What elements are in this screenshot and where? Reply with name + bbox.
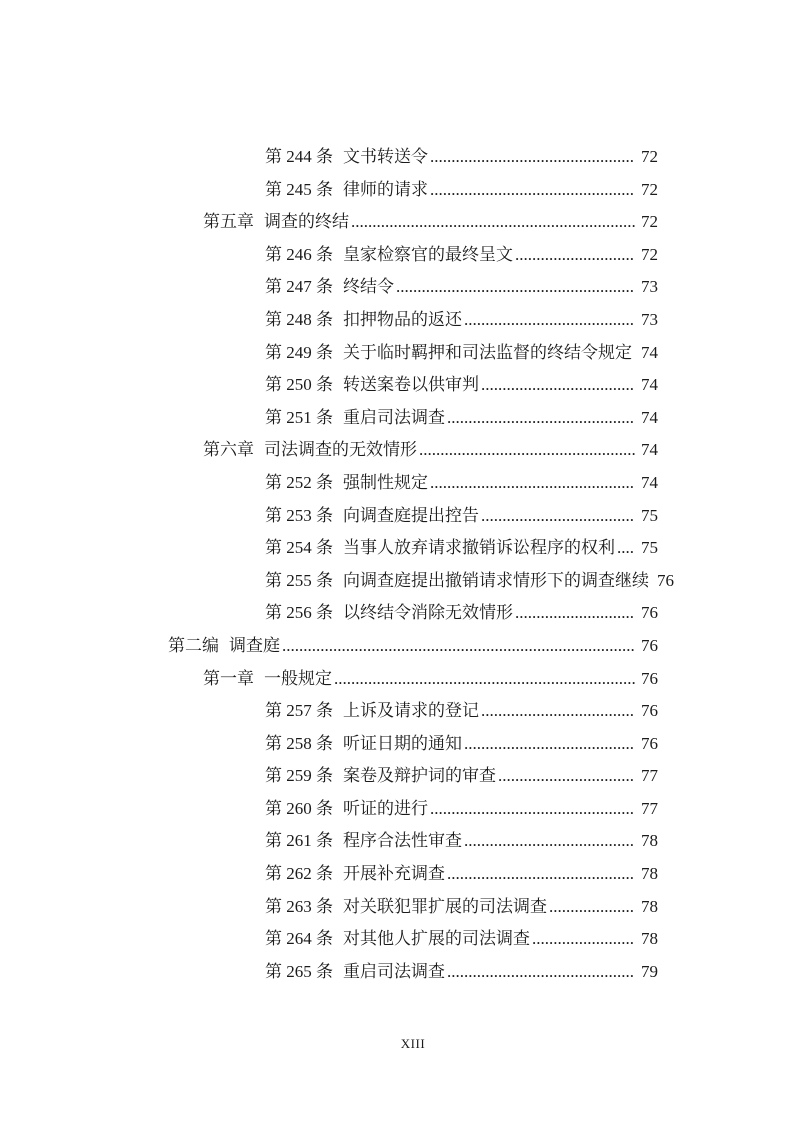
dot-leader <box>447 858 635 891</box>
toc-entry-title: 对关联犯罪扩展的司法调查 <box>343 891 547 924</box>
toc-entry-number: 第二编 <box>168 630 219 663</box>
toc-entry-number: 第 265 条 <box>265 956 333 989</box>
toc-entry-title: 上诉及请求的登记 <box>343 695 479 728</box>
toc-entry-number: 第 261 条 <box>265 825 333 858</box>
dot-leader <box>464 304 635 337</box>
dot-leader <box>447 956 635 989</box>
dot-leader <box>481 369 635 402</box>
toc-entry-number: 第一章 <box>203 663 254 696</box>
toc-entry-page: 72 <box>640 141 658 174</box>
toc-entry-title: 重启司法调查 <box>343 956 445 989</box>
toc-entry-number: 第 255 条 <box>265 565 333 598</box>
toc-entry-number: 第五章 <box>203 206 254 239</box>
dot-leader <box>464 825 635 858</box>
dot-leader <box>430 141 635 174</box>
toc-entry-page: 76 <box>640 597 658 630</box>
toc-entry: 第一章 一般规定 76 <box>168 663 658 696</box>
dot-leader <box>430 174 635 207</box>
document-page: { "page": { "footer_page_number": "XIII"… <box>0 0 793 1122</box>
dot-leader <box>515 597 635 630</box>
toc-entry-page: 72 <box>640 206 658 239</box>
toc-entry-title: 向调查庭提出撤销请求情形下的调查继续 <box>343 565 649 598</box>
toc-entry-title: 以终结令消除无效情形 <box>343 597 513 630</box>
toc-entry-title: 转送案卷以供审判 <box>343 369 479 402</box>
toc-entry-number: 第 247 条 <box>265 271 333 304</box>
toc-entry-number: 第 252 条 <box>265 467 333 500</box>
toc-entry: 第 255 条 向调查庭提出撤销请求情形下的调查继续 76 <box>168 565 658 598</box>
page-background: 第 244 条 文书转送令 72 第 245 条 律师的请求 72 第五章 调查… <box>0 0 793 1122</box>
toc-entry-title: 案卷及辩护词的审查 <box>343 760 496 793</box>
toc-entry: 第六章 司法调查的无效情形 74 <box>168 434 658 467</box>
toc-entry: 第 262 条 开展补充调查 78 <box>168 858 658 891</box>
dot-leader <box>334 663 635 696</box>
toc-entry: 第 258 条 听证日期的通知 76 <box>168 728 658 761</box>
toc-entry: 第 251 条 重启司法调查 74 <box>168 402 658 435</box>
toc-entry-title: 一般规定 <box>264 663 332 696</box>
toc-entry-number: 第六章 <box>203 434 254 467</box>
toc-entry: 第 250 条 转送案卷以供审判 74 <box>168 369 658 402</box>
toc-entry: 第 256 条 以终结令消除无效情形 76 <box>168 597 658 630</box>
toc-entry-number: 第 254 条 <box>265 532 333 565</box>
toc-entry: 第 265 条 重启司法调查 79 <box>168 956 658 989</box>
toc-entry-title: 重启司法调查 <box>343 402 445 435</box>
toc-entry-number: 第 256 条 <box>265 597 333 630</box>
toc-entry-page: 74 <box>640 434 658 467</box>
toc-entry-number: 第 246 条 <box>265 239 333 272</box>
dot-leader <box>464 728 635 761</box>
dot-leader <box>447 402 635 435</box>
toc-entry-page: 74 <box>640 337 658 370</box>
toc-entry-page: 72 <box>640 239 658 272</box>
toc-entry-number: 第 245 条 <box>265 174 333 207</box>
toc-entry-page: 74 <box>640 369 658 402</box>
toc-entry-title: 关于临时羁押和司法监督的终结令规定 <box>343 337 632 370</box>
dot-leader <box>498 760 635 793</box>
toc-entry: 第 247 条 终结令 73 <box>168 271 658 304</box>
toc-entry-number: 第 250 条 <box>265 369 333 402</box>
toc-entry-page: 72 <box>640 174 658 207</box>
toc-entry-page: 75 <box>640 532 658 565</box>
toc-entry: 第 246 条 皇家检察官的最终呈文 72 <box>168 239 658 272</box>
dot-leader <box>481 500 635 533</box>
toc-entry-number: 第 248 条 <box>265 304 333 337</box>
toc-entry: 第 252 条 强制性规定 74 <box>168 467 658 500</box>
toc-entry: 第 253 条 向调查庭提出控告 75 <box>168 500 658 533</box>
toc-entry: 第 263 条 对关联犯罪扩展的司法调查 78 <box>168 891 658 924</box>
toc-entry-page: 77 <box>640 793 658 826</box>
toc-entry: 第 244 条 文书转送令 72 <box>168 141 658 174</box>
toc-entry: 第 261 条 程序合法性审查 78 <box>168 825 658 858</box>
toc-entry: 第 249 条 关于临时羁押和司法监督的终结令规定 74 <box>168 337 658 370</box>
toc-entry-page: 76 <box>640 695 658 728</box>
toc-entry-title: 文书转送令 <box>343 141 428 174</box>
toc-entry-title: 扣押物品的返还 <box>343 304 462 337</box>
toc-entry-page: 78 <box>640 858 658 891</box>
toc-entry-number: 第 244 条 <box>265 141 333 174</box>
toc-entry: 第二编 调查庭 76 <box>168 630 658 663</box>
toc-entry-page: 79 <box>640 956 658 989</box>
toc-entry-title: 司法调查的无效情形 <box>264 434 417 467</box>
toc-entry-page: 76 <box>640 728 658 761</box>
dot-leader <box>617 532 635 565</box>
toc-entry-title: 听证的进行 <box>343 793 428 826</box>
toc-entry-page: 77 <box>640 760 658 793</box>
toc-entry: 第 257 条 上诉及请求的登记 76 <box>168 695 658 728</box>
toc-entry: 第 264 条 对其他人扩展的司法调查 78 <box>168 923 658 956</box>
toc-entry-title: 强制性规定 <box>343 467 428 500</box>
toc-entry-title: 向调查庭提出控告 <box>343 500 479 533</box>
footer-page-number: XIII <box>168 1036 658 1052</box>
toc-entry-number: 第 262 条 <box>265 858 333 891</box>
dot-leader <box>430 467 635 500</box>
toc-entry: 第 254 条 当事人放弃请求撤销诉讼程序的权利 75 <box>168 532 658 565</box>
table-of-contents: 第 244 条 文书转送令 72 第 245 条 律师的请求 72 第五章 调查… <box>168 141 658 988</box>
dot-leader <box>515 239 635 272</box>
toc-entry-number: 第 257 条 <box>265 695 333 728</box>
toc-entry-number: 第 264 条 <box>265 923 333 956</box>
toc-entry-title: 调查庭 <box>229 630 280 663</box>
toc-entry-title: 听证日期的通知 <box>343 728 462 761</box>
dot-leader <box>282 630 635 663</box>
toc-entry-number: 第 260 条 <box>265 793 333 826</box>
toc-entry-title: 终结令 <box>343 271 394 304</box>
toc-entry: 第五章 调查的终结 72 <box>168 206 658 239</box>
toc-entry-page: 74 <box>640 402 658 435</box>
toc-entry-title: 皇家检察官的最终呈文 <box>343 239 513 272</box>
toc-entry-page: 78 <box>640 825 658 858</box>
dot-leader <box>634 337 635 370</box>
toc-entry-page: 76 <box>656 565 674 598</box>
dot-leader <box>532 923 635 956</box>
toc-entry: 第 260 条 听证的进行 77 <box>168 793 658 826</box>
dot-leader <box>430 793 635 826</box>
toc-entry-number: 第 258 条 <box>265 728 333 761</box>
dot-leader <box>481 695 635 728</box>
toc-entry-title: 对其他人扩展的司法调查 <box>343 923 530 956</box>
toc-entry-title: 调查的终结 <box>264 206 349 239</box>
toc-entry: 第 248 条 扣押物品的返还 73 <box>168 304 658 337</box>
toc-entry-page: 73 <box>640 271 658 304</box>
toc-entry-page: 76 <box>640 630 658 663</box>
dot-leader <box>549 891 635 924</box>
toc-entry-number: 第 259 条 <box>265 760 333 793</box>
toc-entry-number: 第 251 条 <box>265 402 333 435</box>
toc-entry-title: 当事人放弃请求撤销诉讼程序的权利 <box>343 532 615 565</box>
dot-leader <box>419 434 635 467</box>
toc-entry: 第 245 条 律师的请求 72 <box>168 174 658 207</box>
toc-entry-title: 程序合法性审查 <box>343 825 462 858</box>
toc-entry-title: 律师的请求 <box>343 174 428 207</box>
toc-entry-page: 78 <box>640 923 658 956</box>
toc-entry: 第 259 条 案卷及辩护词的审查 77 <box>168 760 658 793</box>
toc-entry-page: 76 <box>640 663 658 696</box>
toc-entry-title: 开展补充调查 <box>343 858 445 891</box>
toc-entry-number: 第 253 条 <box>265 500 333 533</box>
toc-entry-page: 74 <box>640 467 658 500</box>
toc-entry-number: 第 249 条 <box>265 337 333 370</box>
toc-entry-number: 第 263 条 <box>265 891 333 924</box>
toc-entry-page: 78 <box>640 891 658 924</box>
toc-entry-page: 75 <box>640 500 658 533</box>
toc-entry-page: 73 <box>640 304 658 337</box>
dot-leader <box>396 271 635 304</box>
dot-leader <box>351 206 635 239</box>
